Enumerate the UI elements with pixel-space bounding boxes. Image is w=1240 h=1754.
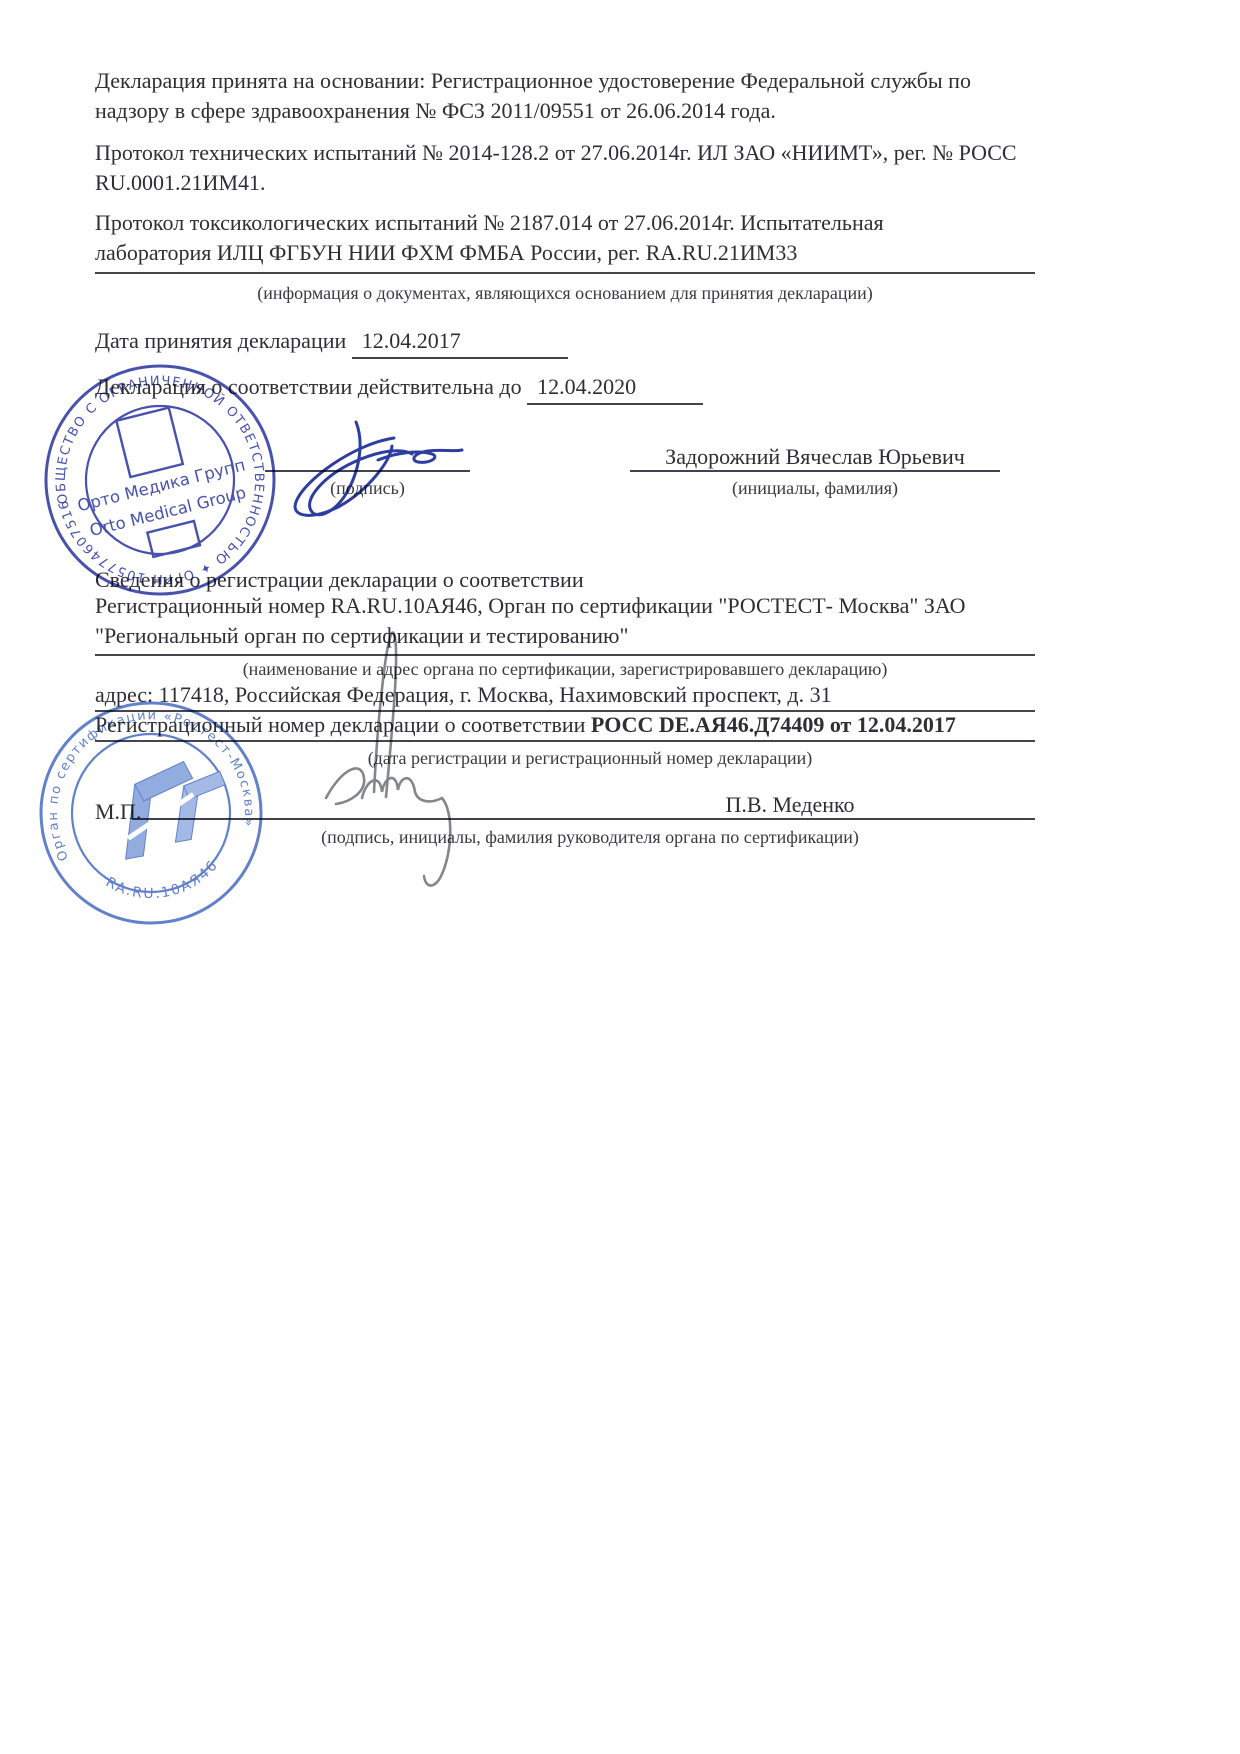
- cert-stamp: Орган по сертификации «Ростест-Москва» R…: [18, 680, 284, 946]
- adoption-date-value: 12.04.2017: [352, 326, 568, 359]
- company-stamp-bottom-rect: [147, 521, 200, 557]
- reg-number-value: РОСС DE.АЯ46.Д74409 от 12.04.2017: [591, 712, 956, 737]
- signatory2-name: П.В. Меденко: [640, 790, 940, 820]
- protocol-tox-paragraph: Протокол токсикологических испытаний № 2…: [95, 208, 1035, 274]
- signatory1-line: [630, 470, 1000, 472]
- signature2-handwriting: [302, 602, 492, 902]
- registration-body-line2: "Региональный орган по сертификации и те…: [95, 621, 1035, 651]
- rostest-logo: [111, 755, 235, 859]
- signatory1-name: Задорожний Вячеслав Юрьевич: [630, 442, 1000, 472]
- valid-until-value: 12.04.2020: [527, 372, 703, 405]
- company-stamp-top-rect: [116, 408, 182, 477]
- signatory1-caption: (инициалы, фамилия): [630, 477, 1000, 499]
- cert-stamp-accreditation-number: RA.RU.10АЯ46: [101, 855, 226, 911]
- protocol-tech-paragraph: Протокол технических испытаний № 2014-12…: [95, 138, 1035, 198]
- basis-paragraph: Декларация принята на основании: Регистр…: [95, 66, 1035, 126]
- registration-body-line1: Регистрационный номер RA.RU.10АЯ46, Орга…: [95, 591, 1035, 621]
- registration-body: Регистрационный номер RA.RU.10АЯ46, Орга…: [95, 591, 1035, 656]
- registration-caption: (наименование и адрес органа по сертифик…: [95, 658, 1035, 680]
- company-stamp-ring-text: ОБЩЕСТВО С ОГРАНИЧЕННОЙ ОТВЕТСТВЕННОСТЬЮ…: [15, 335, 289, 614]
- protocol-tox-line1: Протокол токсикологических испытаний № 2…: [95, 208, 1035, 238]
- protocol-tox-line2: лаборатория ИЛЦ ФГБУН НИИ ФХМ ФМБА Росси…: [95, 238, 1035, 268]
- docs-caption: (информация о документах, являющихся осн…: [95, 282, 1035, 304]
- cert-stamp-outer-ring: [24, 686, 279, 941]
- reg-number-caption: (дата регистрации и регистрационный номе…: [150, 747, 1030, 769]
- scanned-declaration-page: Декларация принята на основании: Регистр…: [0, 0, 1240, 1754]
- signature1-handwriting: [282, 408, 477, 523]
